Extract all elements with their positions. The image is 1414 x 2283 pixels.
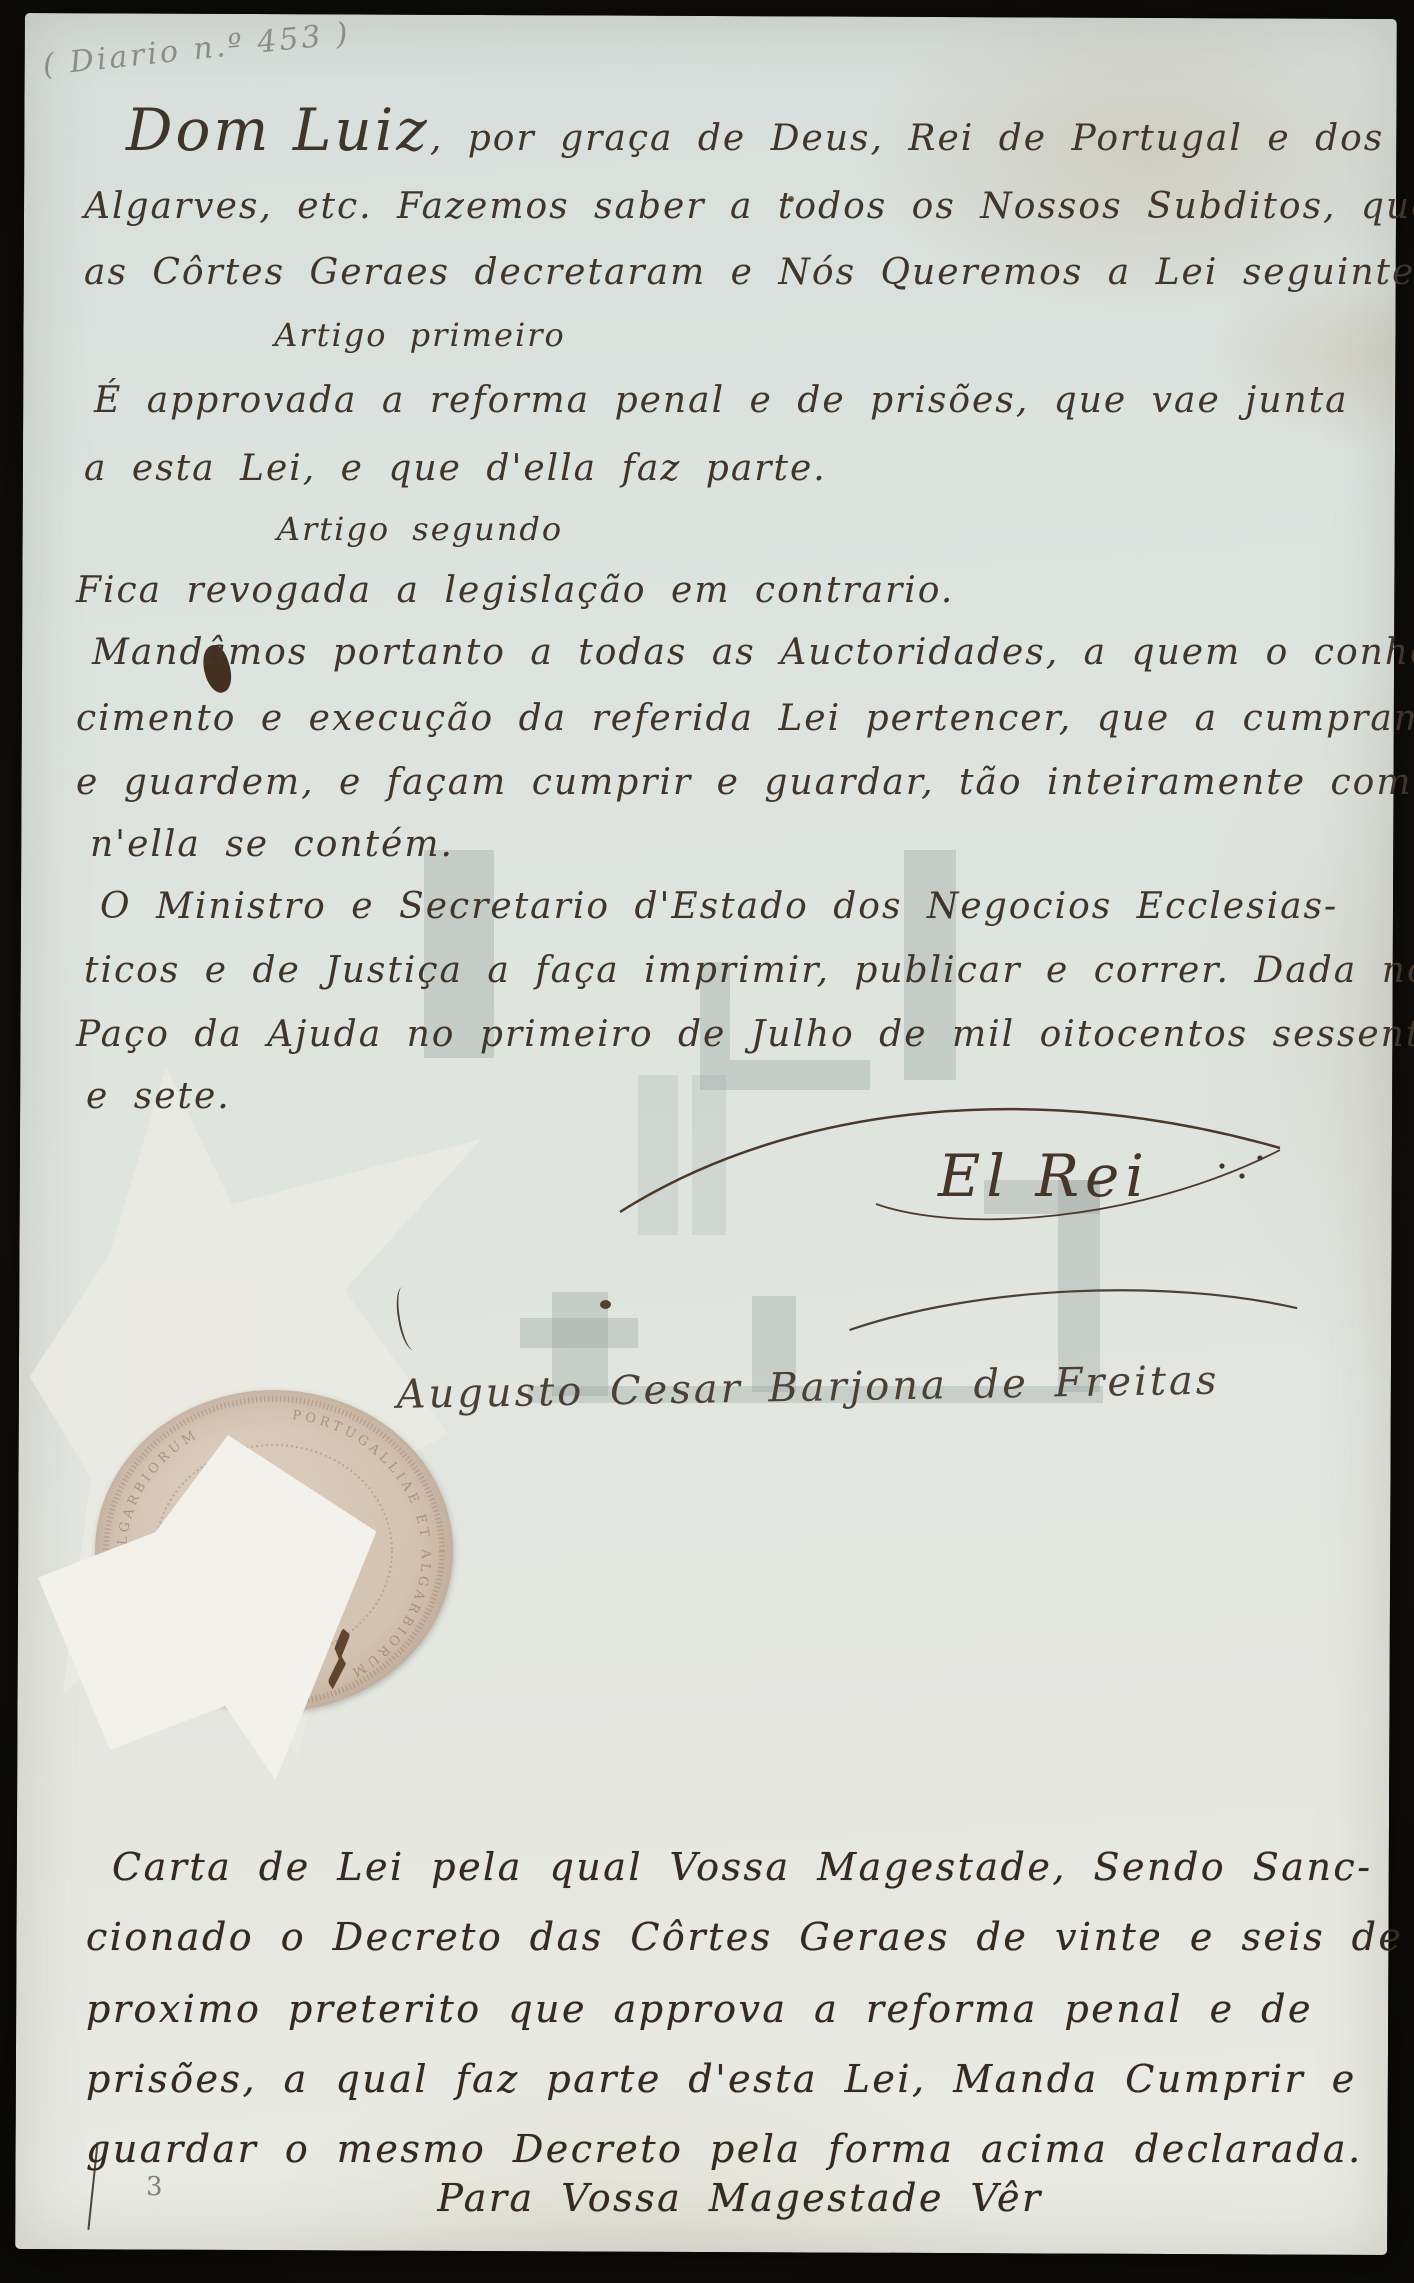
manuscript-line: Mandâmos portanto a todas as Auctoridade… — [92, 632, 1414, 673]
manuscript-line: as Côrtes Geraes decretaram e Nós Querem… — [84, 252, 1414, 293]
manuscript-line: n'ella se contém. — [90, 824, 454, 865]
article1-heading: Artigo primeiro — [270, 316, 570, 354]
closing-line: guardar o mesmo Decreto pela forma acima… — [86, 2127, 1363, 2171]
manuscript-line: O Ministro e Secretario d'Estado dos Neg… — [100, 886, 1338, 927]
closing-line: cionado o Decreto das Côrtes Geraes de v… — [86, 1915, 1414, 1959]
countersignature-flourish — [849, 1287, 1298, 1330]
manuscript-line: Paço da Ajuda no primeiro de Julho de mi… — [76, 1014, 1414, 1055]
royal-signature-text: El Rei — [937, 1142, 1150, 1210]
manuscript-line: Algarves, etc. Fazemos saber a todos os … — [84, 186, 1414, 227]
closing-line: prisões, a qual faz parte d'esta Lei, Ma… — [86, 2057, 1357, 2101]
pencil-page-number: 3 — [146, 2172, 163, 2202]
manuscript-line: e guardem, e façam cumprir e guardar, tã… — [76, 762, 1414, 803]
manuscript-line: e sete. — [86, 1076, 231, 1117]
manuscript-line-opening: Dom Luiz, por graça de Deus, Rei de Port… — [126, 96, 1384, 164]
manuscript-line: ticos e de Justiça a faça imprimir, publ… — [84, 950, 1414, 991]
signature-dot — [1257, 1155, 1262, 1160]
opening-rest: , por graça de Deus, Rei de Portugal e d… — [430, 118, 1384, 159]
closing-line: proximo preterito que approva a reforma … — [86, 1987, 1313, 2031]
opening-lead-words: Dom Luiz — [126, 96, 430, 164]
scanned-manuscript-page: ( Diario n.º 453 ) Dom Luiz, por graça d… — [0, 0, 1414, 2283]
manuscript-line: É approvada a reforma penal e de prisões… — [94, 380, 1349, 421]
signature-dot — [1239, 1173, 1244, 1178]
manuscript-line: cimento e execução da referida Lei perte… — [76, 698, 1414, 739]
closing-line-final: Para Vossa Magestade Vêr — [420, 2176, 1060, 2220]
royal-signature: El Rei — [580, 1070, 1320, 1250]
countersignature-text: Augusto Cesar Barjona de Freitas — [392, 1358, 1220, 1418]
signature-dot — [1219, 1163, 1224, 1168]
manuscript-line: a esta Lei, e que d'ella faz parte. — [84, 448, 827, 489]
countersignature: Augusto Cesar Barjona de Freitas — [379, 1264, 1322, 1450]
closing-line: Carta de Lei pela qual Vossa Magestade, … — [112, 1845, 1373, 1889]
article2-heading: Artigo segundo — [270, 510, 570, 548]
manuscript-line: Fica revogada a legislação em contrario. — [76, 570, 954, 611]
